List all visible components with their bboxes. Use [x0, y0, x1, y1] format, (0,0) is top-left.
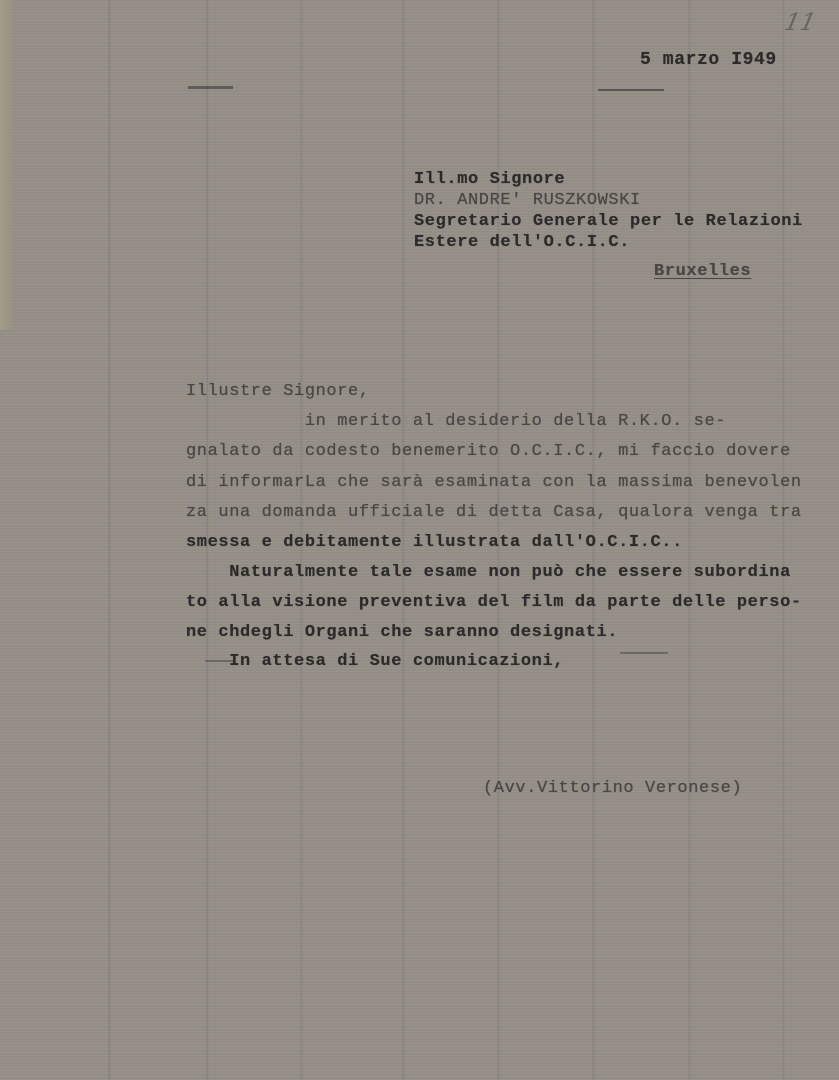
- closing-line: In attesa di Sue comunicazioni,: [186, 650, 564, 674]
- typed-mark: [620, 652, 668, 654]
- letter-date: 5 marzo I949: [640, 48, 777, 72]
- addressee-organization: Estere dell'O.C.I.C.: [414, 231, 630, 255]
- body-line: gnalato da codesto benemerito O.C.I.C., …: [186, 440, 791, 464]
- body-line: to alla visione preventiva del film da p…: [186, 591, 802, 615]
- signature: (Avv.Vittorino Veronese): [483, 777, 742, 801]
- body-line: Naturalmente tale esame non può che esse…: [186, 561, 791, 585]
- addressee-city: Bruxelles: [654, 260, 751, 284]
- paper-edge: [0, 0, 14, 330]
- salutation: Illustre Signore,: [186, 380, 370, 404]
- typed-mark: [188, 86, 233, 89]
- body-line: za una domanda ufficiale di detta Casa, …: [186, 501, 802, 525]
- folio-number: 11: [782, 8, 818, 36]
- body-line: smessa e debitamente illustrata dall'O.C…: [186, 531, 683, 555]
- body-line: ne chdegli Organi che saranno designati.: [186, 621, 618, 645]
- body-line: in merito al desiderio della R.K.O. se-: [186, 410, 726, 434]
- letter-page: 11 5 marzo I949 Ill.mo Signore DR. ANDRE…: [0, 0, 839, 1080]
- date-rule: [598, 89, 664, 91]
- body-line: di informarLa che sarà esaminata con la …: [186, 471, 802, 495]
